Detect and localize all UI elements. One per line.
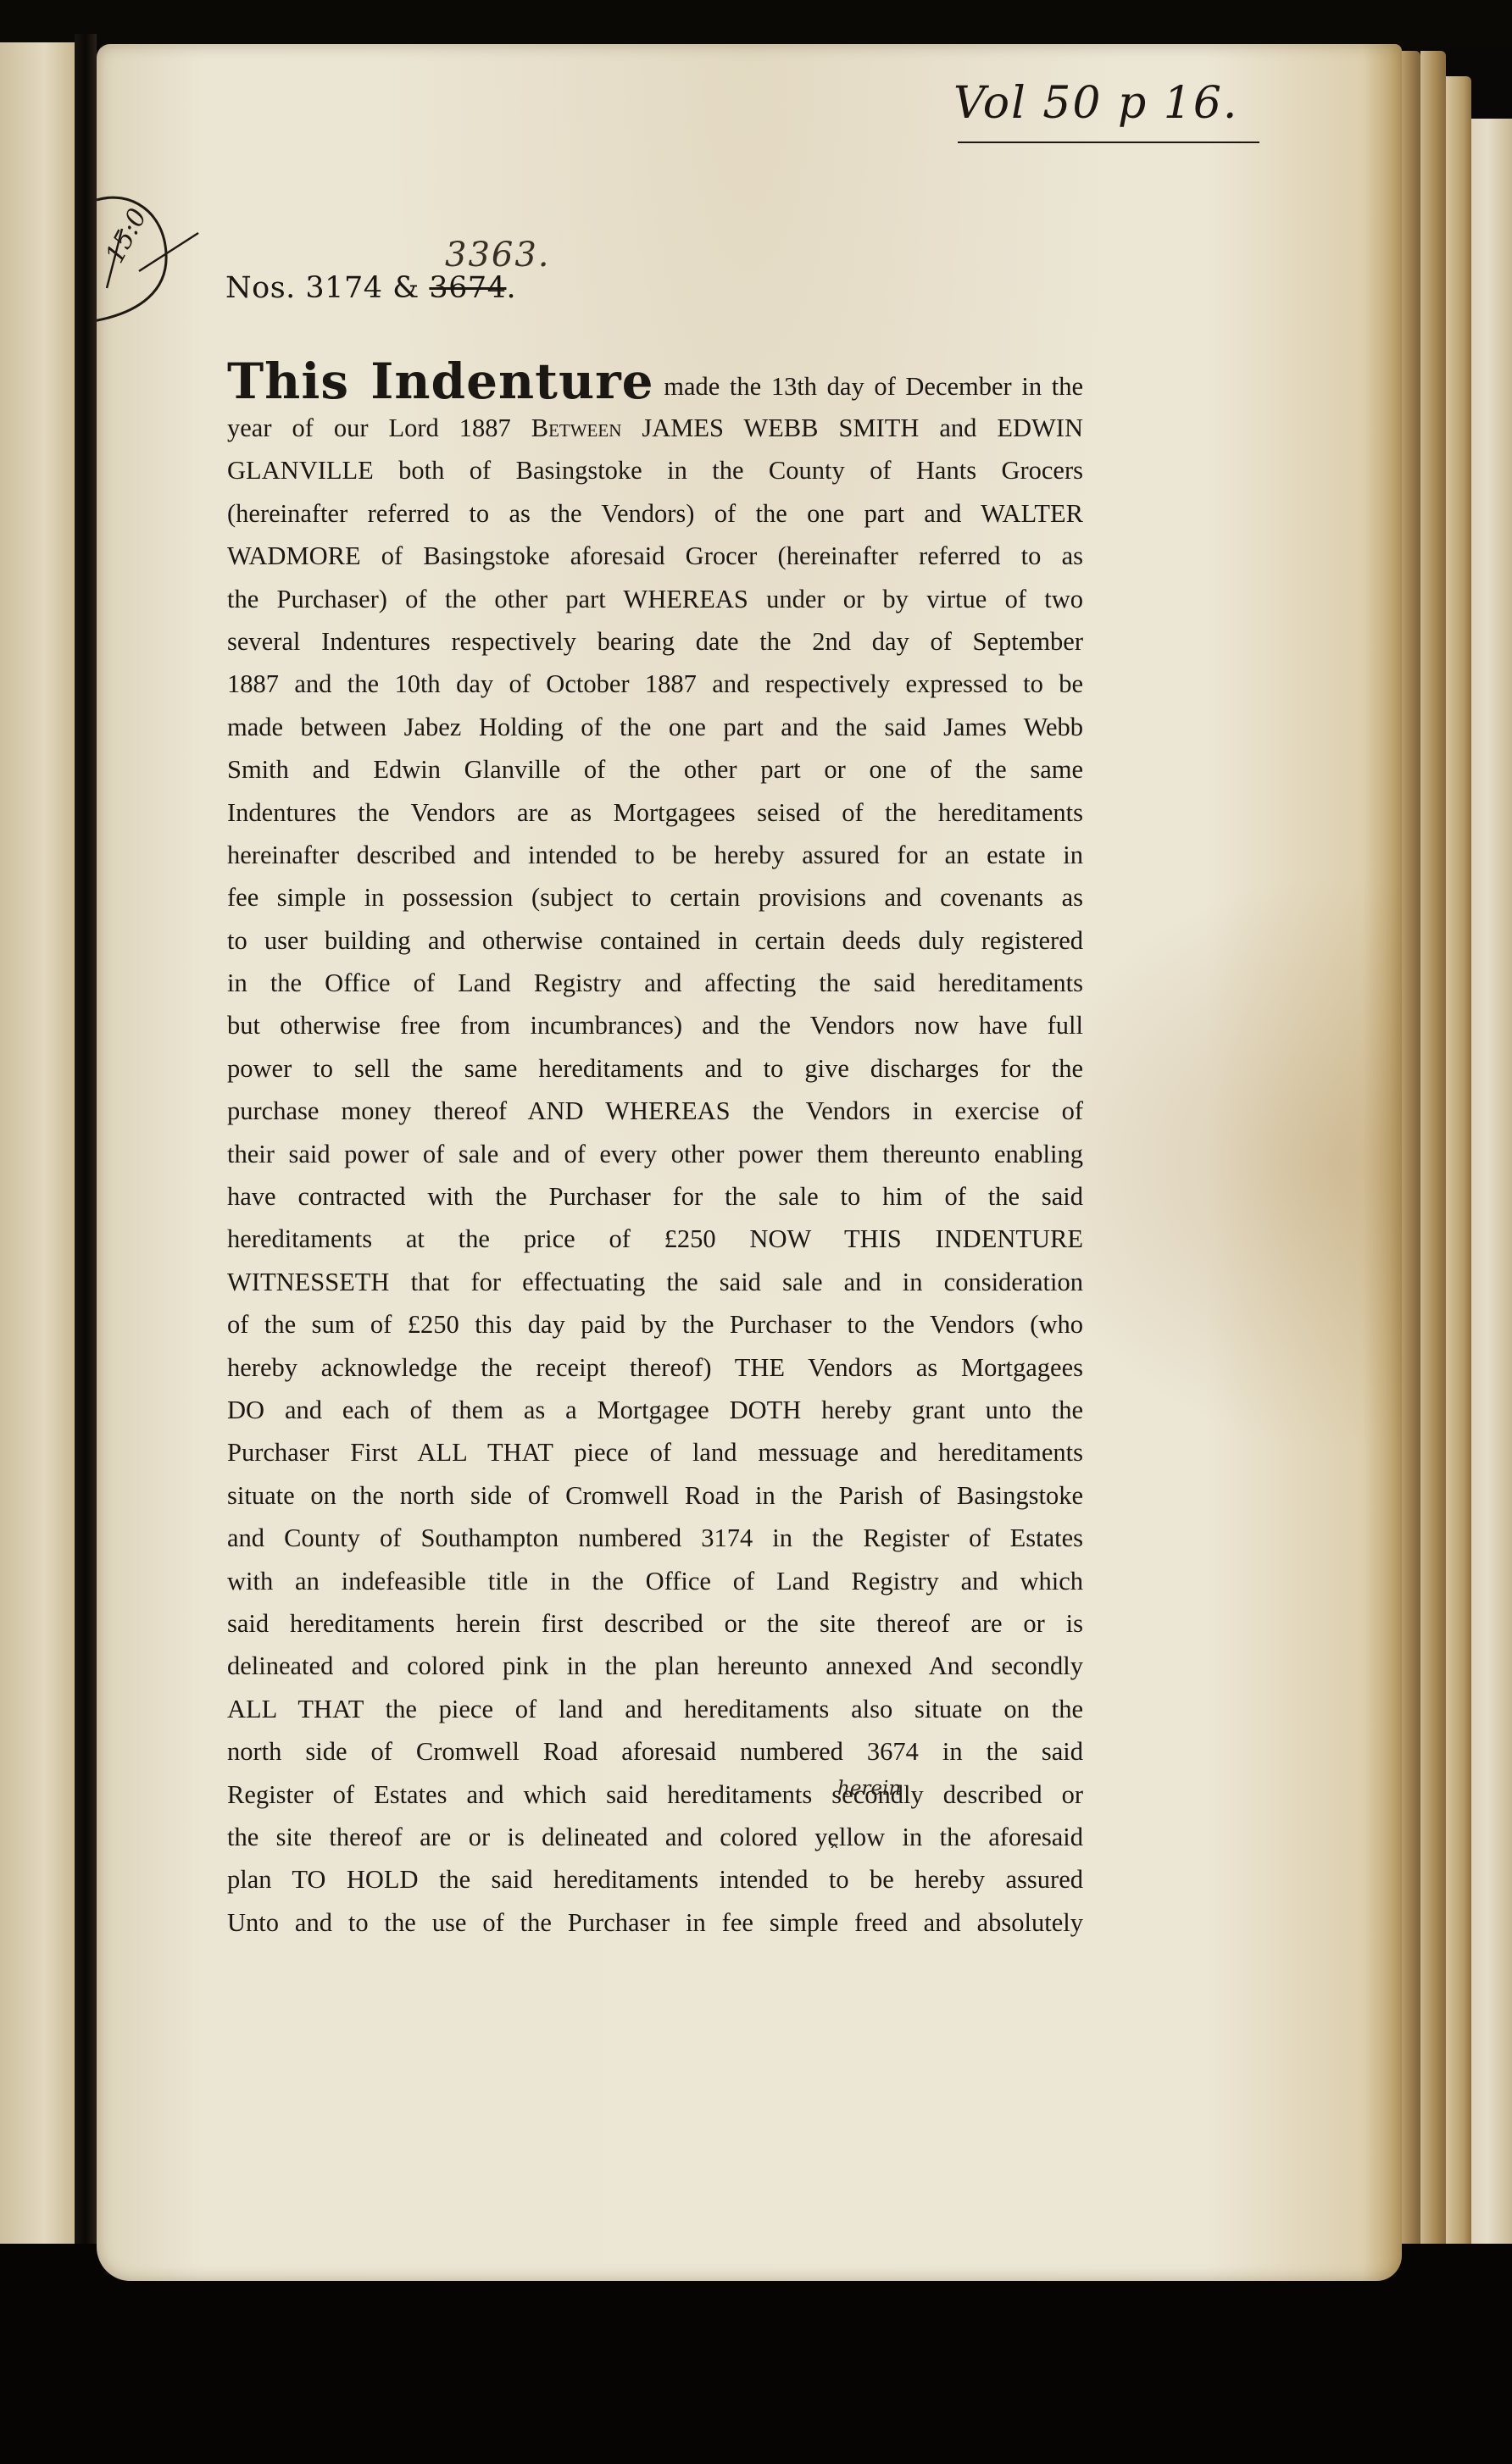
text-line: (hereinafter referred to as the Vendors)…: [227, 492, 1083, 535]
folio-underline: [958, 142, 1259, 143]
text-line: This Indenture made the 13th day of Dece…: [227, 349, 1083, 407]
text-line: have contracted with the Purchaser for t…: [227, 1175, 1083, 1218]
insertion-caret-icon: ‸: [831, 1823, 838, 1849]
facing-page-left: [0, 42, 75, 2288]
text-line: but otherwise free from incumbrances) an…: [227, 1004, 1083, 1046]
page-stack-edge: [1420, 51, 1446, 2288]
text-line: several Indentures respectively bearing …: [227, 620, 1083, 663]
text-line: of the sum of £250 this day paid by the …: [227, 1303, 1083, 1346]
handwritten-number: 3363.: [445, 236, 551, 275]
deed-body: This Indenture made the 13th day of Dece…: [227, 349, 1083, 1944]
text-line: Indentures the Vendors are as Mortgagees…: [227, 791, 1083, 834]
title-blackletter: This Indenture: [227, 352, 654, 410]
line-text: year of our Lord 1887: [227, 413, 531, 442]
text-line: to user building and otherwise contained…: [227, 919, 1083, 962]
line-text: JAMES WEBB SMITH and EDWIN: [621, 413, 1083, 442]
book-gutter: [75, 34, 97, 2322]
register-numbers-suffix: .: [506, 271, 516, 305]
text-line: situate on the north side of Cromwell Ro…: [227, 1474, 1083, 1517]
text-line: hereinafter described and intended to be…: [227, 834, 1083, 876]
text-line: Purchaser First ALL THAT piece of land m…: [227, 1431, 1083, 1473]
text-line: said hereditaments herein first describe…: [227, 1602, 1083, 1645]
struck-number: 3674: [429, 271, 506, 305]
text-line: Unto and to the use of the Purchaser in …: [227, 1901, 1083, 1944]
line-text: made the 13th day of December in the: [654, 372, 1083, 401]
folio-annotation: Vol 50 p 16.: [953, 78, 1259, 129]
text-line: Smith and Edwin Glanville of the other p…: [227, 748, 1083, 791]
text-line: ALL THAT the piece of land and hereditam…: [227, 1688, 1083, 1730]
text-line: north side of Cromwell Road aforesaid nu…: [227, 1730, 1083, 1773]
page-stack-edge: [1446, 76, 1471, 2313]
text-line: their said power of sale and of every ot…: [227, 1133, 1083, 1175]
text-line: GLANVILLE both of Basingstoke in the Cou…: [227, 449, 1083, 491]
text-line: hereby acknowledge the receipt thereof) …: [227, 1346, 1083, 1389]
text-line: WADMORE of Basingstoke aforesaid Grocer …: [227, 535, 1083, 577]
text-line: hereditaments at the price of £250 NOW T…: [227, 1218, 1083, 1260]
page-stack-edge: [1471, 119, 1512, 2288]
text-line: in the Office of Land Registry and affec…: [227, 962, 1083, 1004]
text-line: 1887 and the 10th day of October 1887 an…: [227, 663, 1083, 705]
text-line: plan TO HOLD the said hereditaments inte…: [227, 1858, 1083, 1901]
text-line: Register of Estates and which said hered…: [227, 1773, 1083, 1816]
text-line: with an indefeasible title in the Office…: [227, 1560, 1083, 1602]
between-smallcaps: Between: [531, 413, 622, 442]
document-scan: Vol 50 p 16. 15:0 3363. Nos. 3174 & 3674…: [0, 0, 1512, 2464]
text-line: DO and each of them as a Mortgagee DOTH …: [227, 1389, 1083, 1431]
text-line: power to sell the same hereditaments and…: [227, 1047, 1083, 1090]
text-line: the Purchaser) of the other part WHEREAS…: [227, 578, 1083, 620]
top-background: [0, 0, 1512, 47]
text-line: the site thereof are or is delineated an…: [227, 1816, 1083, 1858]
text-line: purchase money thereof AND WHEREAS the V…: [227, 1090, 1083, 1132]
register-numbers: Nos. 3174 & 3674.: [225, 271, 516, 305]
text-line: year of our Lord 1887 Between JAMES WEBB…: [227, 407, 1083, 449]
text-line: made between Jabez Holding of the one pa…: [227, 706, 1083, 748]
text-line: fee simple in possession (subject to cer…: [227, 876, 1083, 918]
register-numbers-prefix: Nos. 3174 &: [225, 271, 429, 305]
text-line: WITNESSETH that for effectuating the sai…: [227, 1261, 1083, 1303]
interlinear-insertion: herein: [837, 1778, 901, 1800]
text-line: and County of Southampton numbered 3174 …: [227, 1517, 1083, 1559]
text-line: delineated and colored pink in the plan …: [227, 1645, 1083, 1687]
